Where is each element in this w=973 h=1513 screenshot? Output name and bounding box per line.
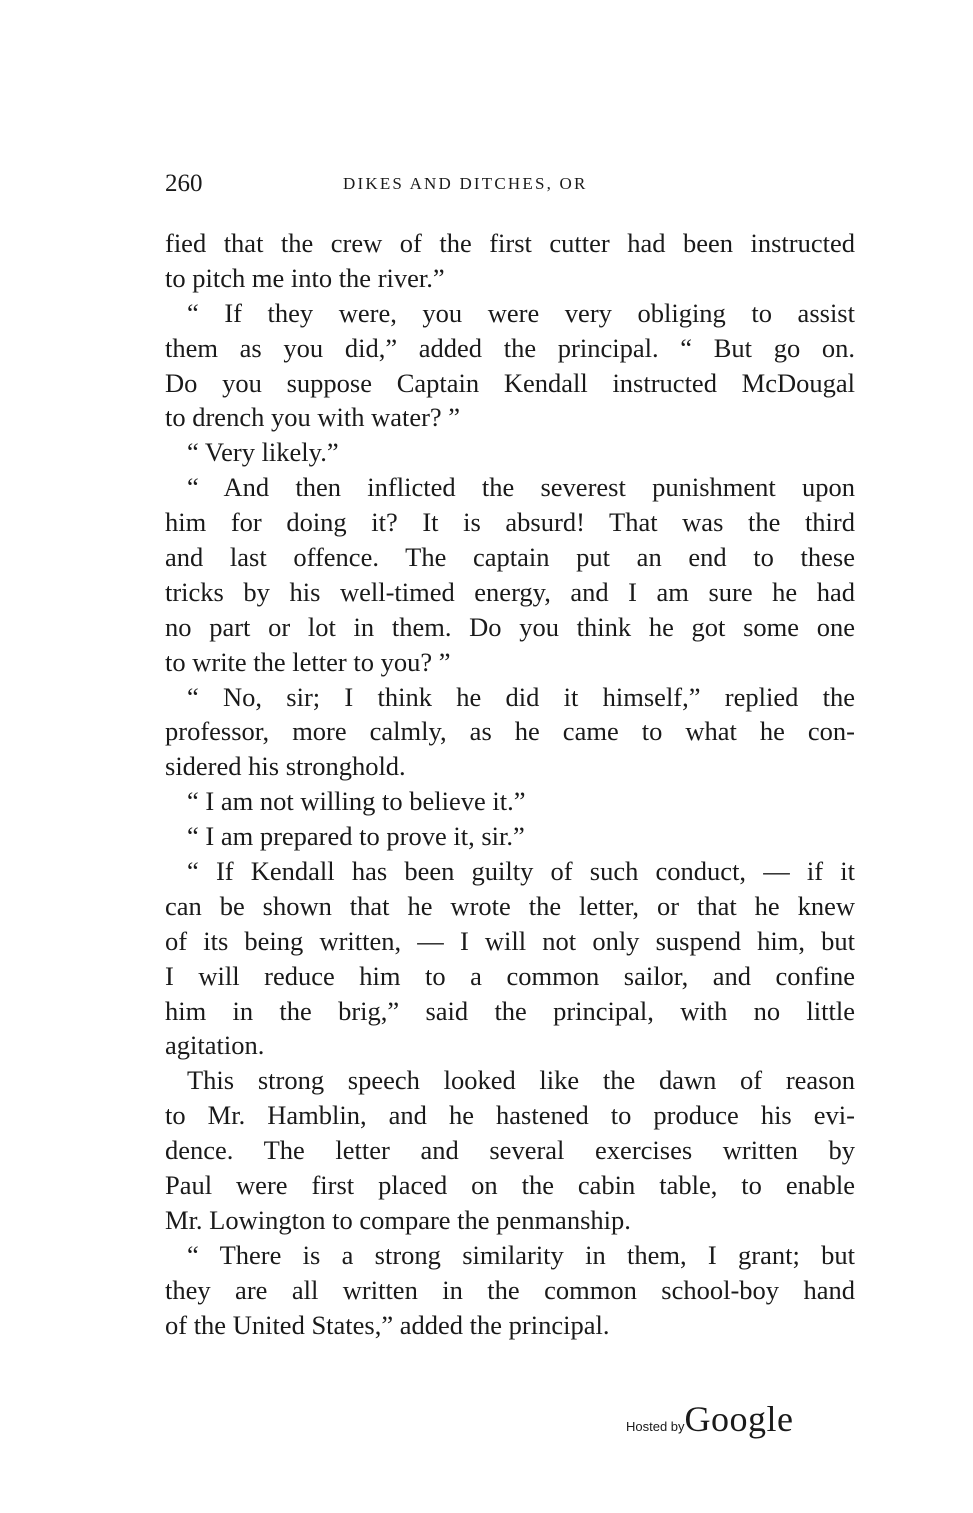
text-line: Do you suppose Captain Kendall instructe… xyxy=(165,366,855,401)
text-line: to Mr. Hamblin, and he hastened to produ… xyxy=(165,1098,855,1133)
google-logo: Google xyxy=(685,1399,794,1439)
hosted-by-google-watermark: Hosted byGoogle xyxy=(626,1398,794,1440)
text-line: tricks by his well-timed energy, and I a… xyxy=(165,575,855,610)
text-line: him in the brig,” said the principal, wi… xyxy=(165,994,855,1029)
text-line: of the United States,” added the princip… xyxy=(165,1308,855,1343)
text-line: sidered his stronghold. xyxy=(165,749,855,784)
text-line: Mr. Lowington to compare the penmanship. xyxy=(165,1203,855,1238)
text-line: they are all written in the common schoo… xyxy=(165,1273,855,1308)
text-line: “ If Kendall has been guilty of such con… xyxy=(165,854,855,889)
text-line: to write the letter to you? ” xyxy=(165,645,855,680)
text-line: “ I am prepared to prove it, sir.” xyxy=(165,819,855,854)
text-line: no part or lot in them. Do you think he … xyxy=(165,610,855,645)
text-line: “ I am not willing to believe it.” xyxy=(165,784,855,819)
text-line: them as you did,” added the principal. “… xyxy=(165,331,855,366)
hosted-by-label: Hosted by xyxy=(626,1419,685,1434)
book-page: 260 DIKES AND DITCHES, OR fied that the … xyxy=(0,0,973,1513)
text-line: Paul were first placed on the cabin tabl… xyxy=(165,1168,855,1203)
text-line: can be shown that he wrote the letter, o… xyxy=(165,889,855,924)
text-line: of its being written, — I will not only … xyxy=(165,924,855,959)
text-line: “ If they were, you were very obliging t… xyxy=(165,296,855,331)
text-line: professor, more calmly, as he came to wh… xyxy=(165,714,855,749)
page-number: 260 xyxy=(165,170,203,198)
text-line: “ No, sir; I think he did it himself,” r… xyxy=(165,680,855,715)
body-text: fied that the crew of the first cutter h… xyxy=(165,226,855,1343)
text-line: and last offence. The captain put an end… xyxy=(165,540,855,575)
text-line: “ And then inflicted the severest punish… xyxy=(165,470,855,505)
running-title: DIKES AND DITCHES, OR xyxy=(343,174,588,194)
text-line: “ There is a strong similarity in them, … xyxy=(165,1238,855,1273)
text-line: agitation. xyxy=(165,1028,855,1063)
running-head: 260 DIKES AND DITCHES, OR xyxy=(165,170,855,200)
text-line: to drench you with water? ” xyxy=(165,400,855,435)
text-line: I will reduce him to a common sailor, an… xyxy=(165,959,855,994)
text-line: him for doing it? It is absurd! That was… xyxy=(165,505,855,540)
text-line: This strong speech looked like the dawn … xyxy=(165,1063,855,1098)
text-line: to pitch me into the river.” xyxy=(165,261,855,296)
text-line: fied that the crew of the first cutter h… xyxy=(165,226,855,261)
text-line: “ Very likely.” xyxy=(165,435,855,470)
text-line: dence. The letter and several exercises … xyxy=(165,1133,855,1168)
